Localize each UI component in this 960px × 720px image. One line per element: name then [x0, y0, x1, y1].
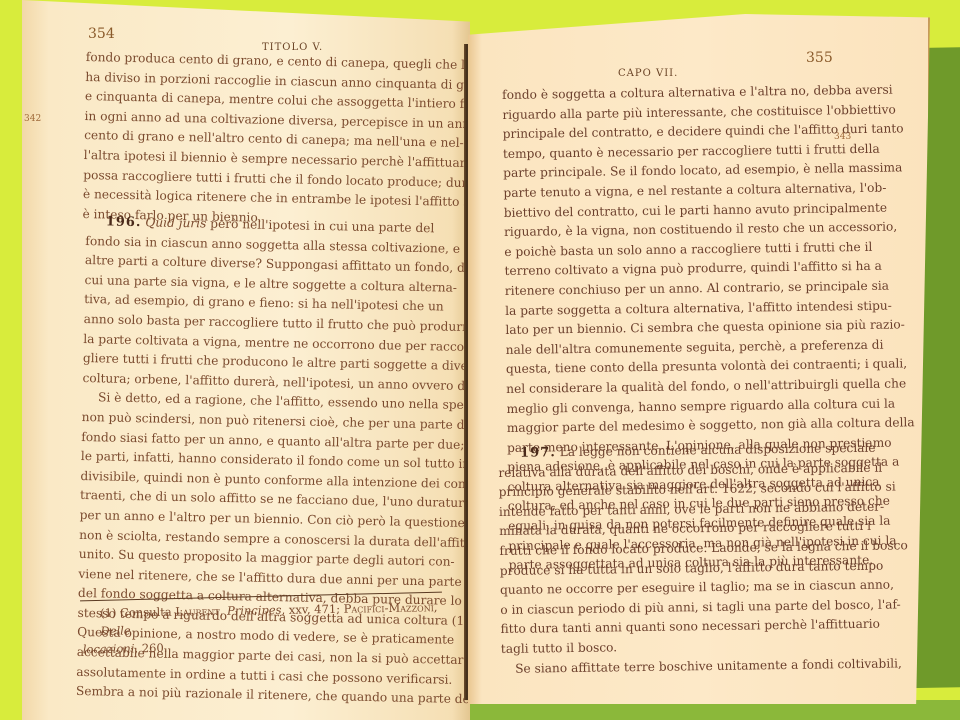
right-page: 355 CAPO VII. 343 fondo è soggetta a col… [468, 14, 930, 704]
page-number: 354 [88, 26, 115, 42]
footnote-author: Pacifici-Mazzoni [344, 600, 434, 616]
section-number: 197. [520, 445, 556, 460]
footnote-ref: , 260. [134, 641, 167, 656]
section-number: 196. [106, 214, 142, 230]
footnote-author: Laurent [175, 604, 220, 619]
page-number: 355 [806, 50, 833, 66]
footnote-work: locazioni [83, 641, 135, 656]
section-197: 197. La legge non contiene alcuna dispos… [498, 439, 841, 679]
left-top-paragraph: fondo produca cento di grano, e cento di… [82, 48, 446, 232]
section-italic: Quid juris [145, 215, 206, 230]
text-line: Se siano affittate terre boschive unitam… [501, 655, 841, 679]
text-fragment: La legge non contiene alcuna disposizion… [560, 441, 876, 459]
left-page: 354 TITOLO V. 342 fondo produca cento di… [22, 0, 470, 720]
footnote-text: Consulta [120, 605, 172, 620]
footnote-work: Delle [100, 623, 130, 638]
running-head: CAPO VII. [618, 68, 678, 79]
margin-note: 342 [24, 114, 41, 124]
footnote-ref: , xxv, 471; [281, 602, 340, 617]
footnote-marker: (1) [100, 606, 117, 620]
footnote-work: Principes [227, 603, 282, 618]
text-fragment: però nell'ipotesi in cui una parte del [210, 217, 434, 236]
footnote: (1) Consulta Laurent, Principes, xxv, 47… [100, 598, 451, 658]
